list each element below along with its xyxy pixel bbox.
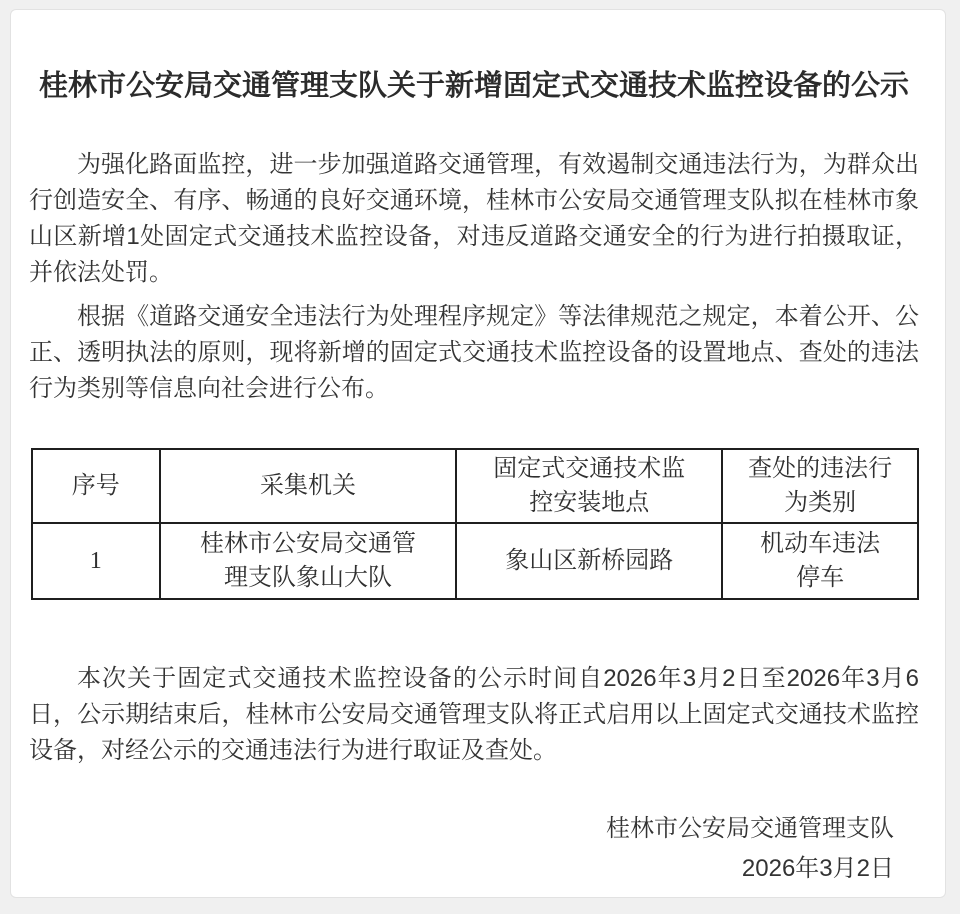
- table-header-row: 序号 采集机关 固定式交通技术监 控安装地点 查处的违法行 为类别: [32, 449, 918, 523]
- signature-block: 桂林市公安局交通管理支队 2026年3月2日: [29, 809, 919, 889]
- page-background: { "colors": { "page_bg": "#f0f0f0", "car…: [0, 0, 960, 914]
- notice-title: 桂林市公安局交通管理支队关于新增固定式交通技术监控设备的公示: [29, 10, 919, 107]
- devices-table: 序号 采集机关 固定式交通技术监 控安装地点 查处的违法行 为类别 1 桂林市公…: [31, 448, 919, 600]
- closing-paragraph: 本次关于固定式交通技术监控设备的公示时间自2026年3月2日至2026年3月6日…: [29, 661, 919, 769]
- intro-paragraph: 为强化路面监控，进一步加强道路交通管理，有效遏制交通违法行为，为群众出行创造安全…: [29, 147, 919, 291]
- signature-org: 桂林市公安局交通管理支队: [29, 809, 894, 849]
- header-cell-violation-type: 查处的违法行 为类别: [722, 449, 918, 523]
- signature-date: 2026年3月2日: [29, 849, 894, 889]
- notice-card: 桂林市公安局交通管理支队关于新增固定式交通技术监控设备的公示 为强化路面监控，进…: [10, 9, 946, 898]
- cell-index: 1: [32, 523, 160, 599]
- cell-location: 象山区新桥园路: [456, 523, 722, 599]
- header-cell-agency: 采集机关: [160, 449, 457, 523]
- cell-agency: 桂林市公安局交通管 理支队象山大队: [160, 523, 457, 599]
- header-cell-index: 序号: [32, 449, 160, 523]
- table-row: 1 桂林市公安局交通管 理支队象山大队 象山区新桥园路 机动车违法 停车: [32, 523, 918, 599]
- cell-violation-type: 机动车违法 停车: [722, 523, 918, 599]
- header-cell-location: 固定式交通技术监 控安装地点: [456, 449, 722, 523]
- legal-basis-paragraph: 根据《道路交通安全违法行为处理程序规定》等法律规范之规定，本着公开、公正、透明执…: [29, 299, 919, 407]
